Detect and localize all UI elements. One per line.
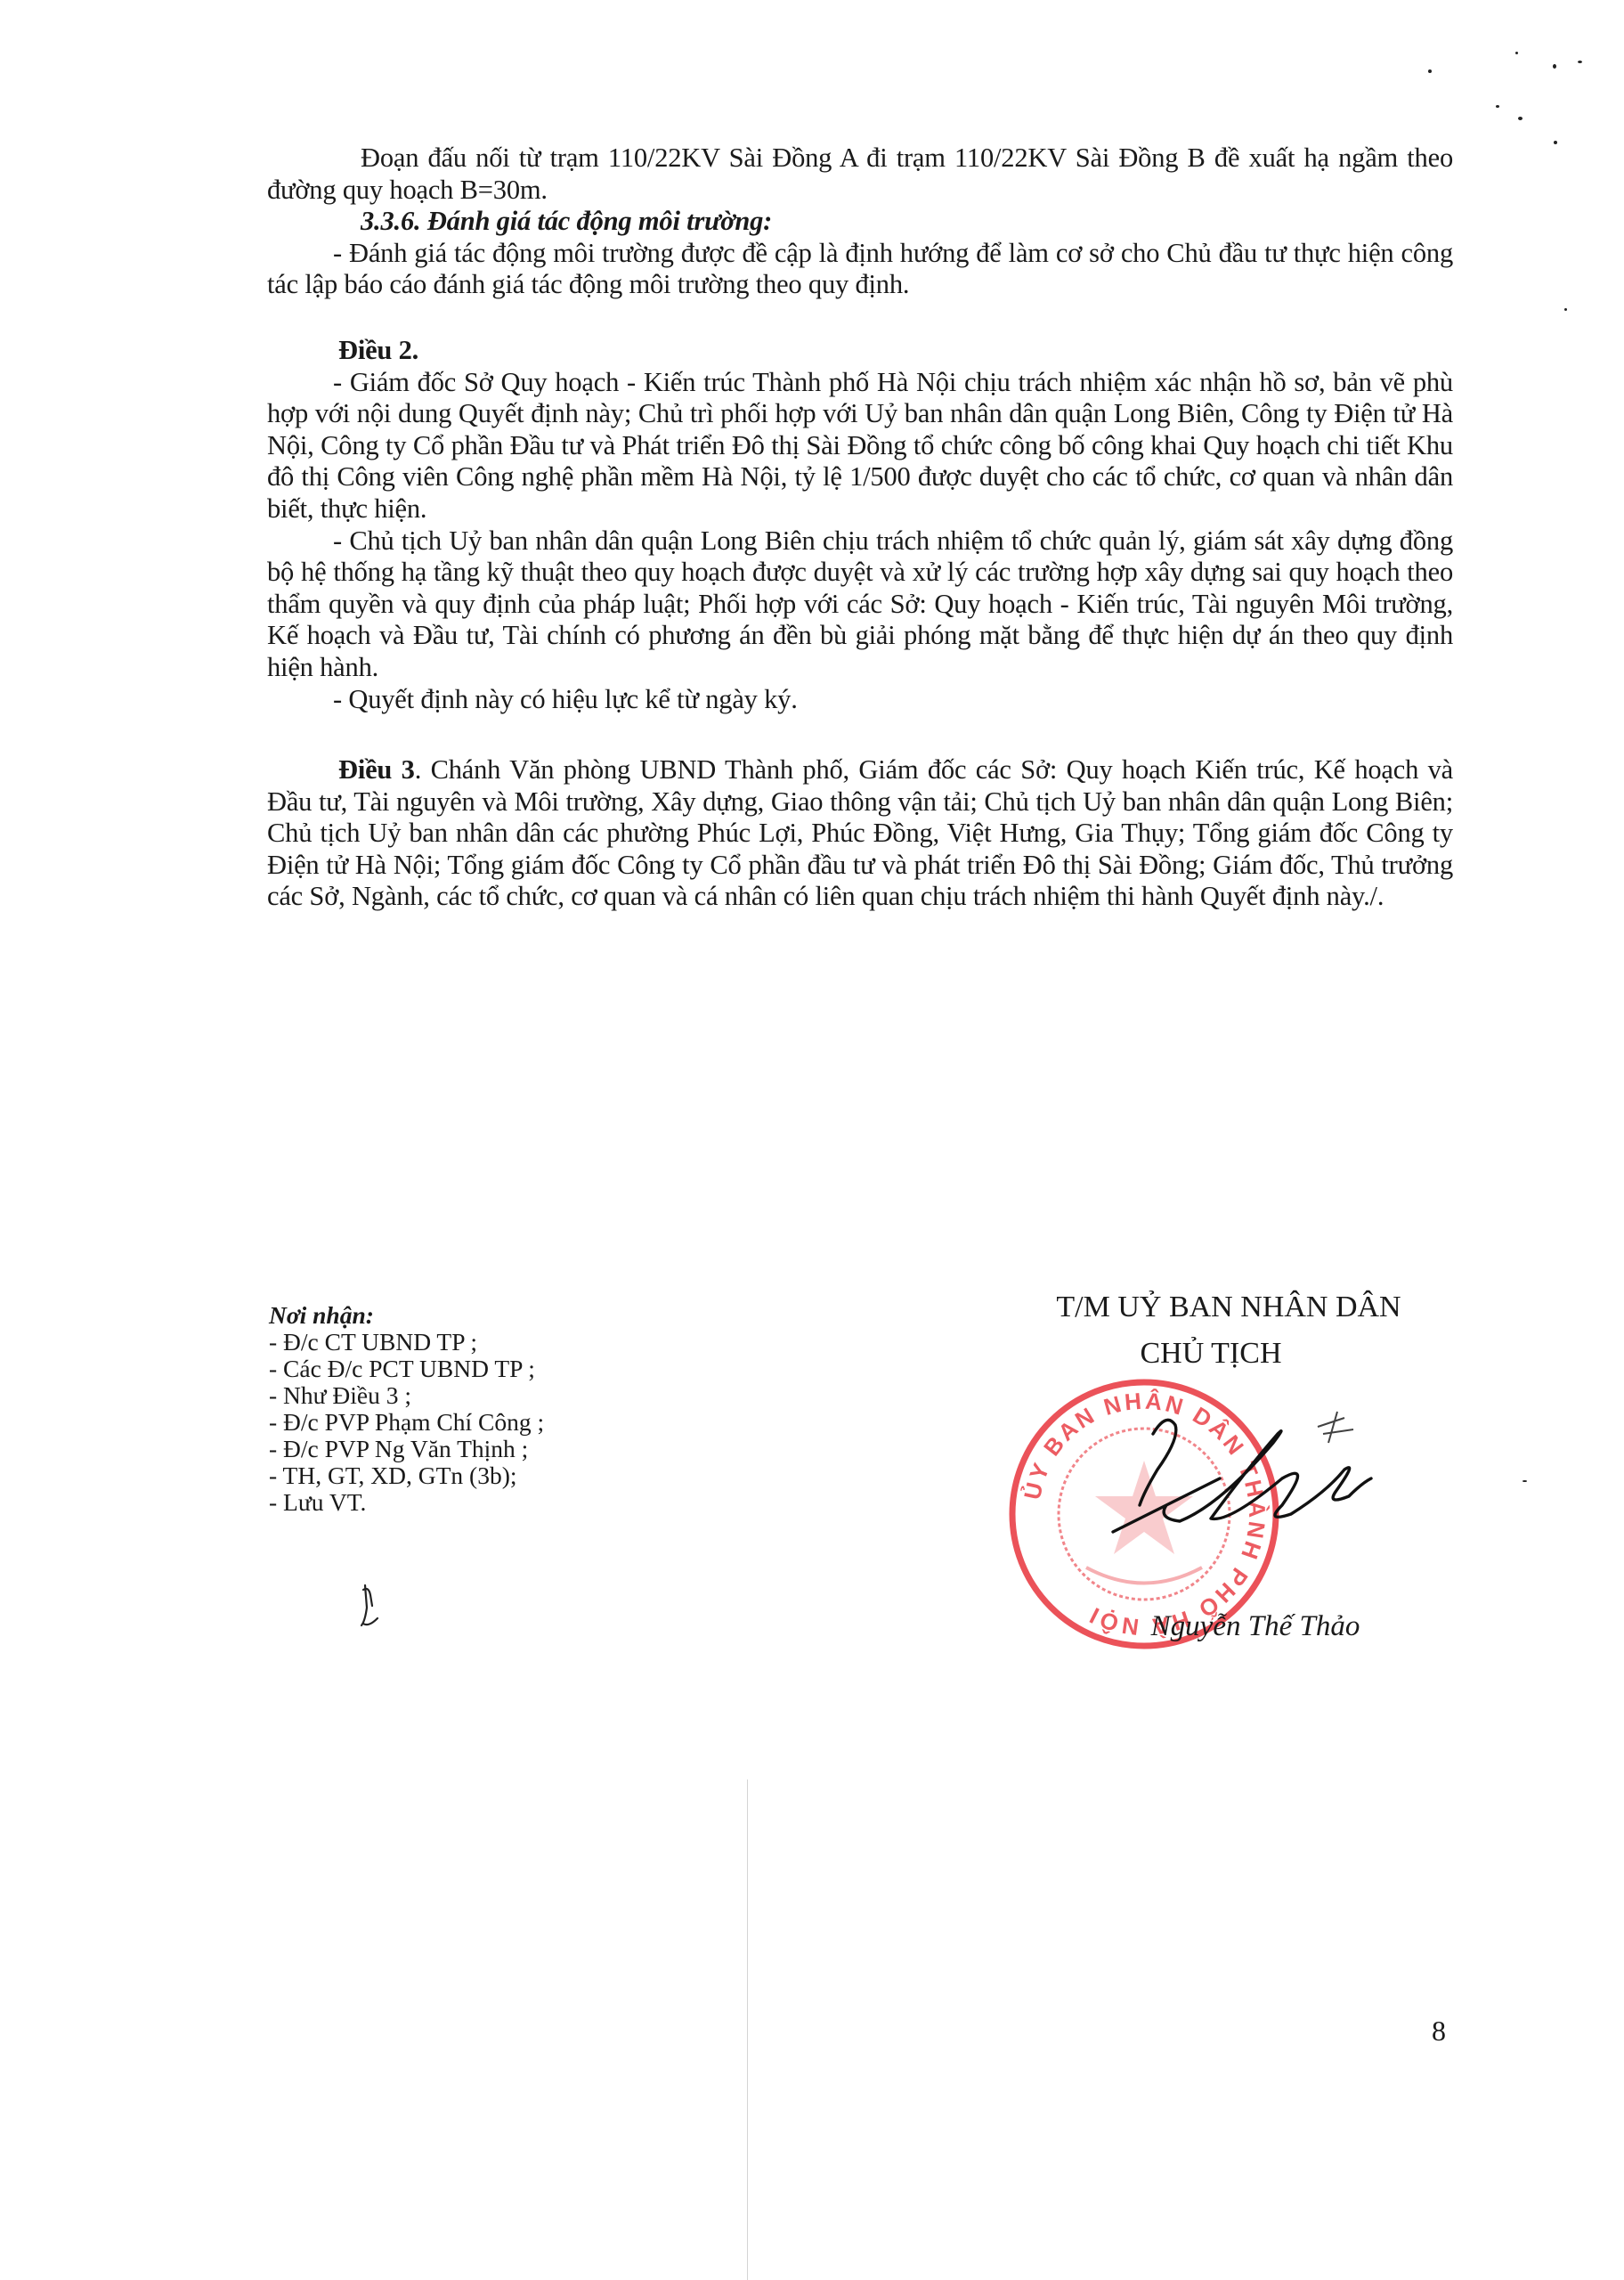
document-page: Đoạn đấu nối từ trạm 110/22KV Sài Đồng A… (0, 0, 1624, 2280)
recipient-item: - Đ/c CT UBND TP ; (269, 1329, 544, 1356)
spacer (267, 715, 1453, 754)
article-2-item: - Giám đốc Sở Quy hoạch - Kiến trúc Thàn… (267, 367, 1453, 525)
scan-speck (1428, 69, 1432, 73)
article-3-paragraph: Điều 3. Chánh Văn phòng UBND Thành phố, … (267, 754, 1453, 913)
article-2-item: - Quyết định này có hiệu lực kể từ ngày … (267, 684, 1453, 716)
paragraph-connection: Đoạn đấu nối từ trạm 110/22KV Sài Đồng A… (267, 142, 1453, 206)
article-3-heading: Điều 3 (338, 754, 415, 785)
handwritten-initial-icon (356, 1581, 383, 1634)
signature-block: T/M UỶ BAN NHÂN DÂN CHỦ TỊCH (988, 1284, 1469, 1377)
section-heading-environment: 3.3.6. Đánh giá tác động môi trường: (267, 206, 1453, 238)
article-2-item: - Chủ tịch Uỷ ban nhân dân quận Long Biê… (267, 525, 1453, 684)
scan-speck (1564, 308, 1567, 311)
handwritten-signature-icon (1104, 1407, 1389, 1541)
scan-speck (1515, 52, 1518, 54)
scan-speck (1578, 61, 1582, 63)
page-number: 8 (1432, 2015, 1446, 2048)
recipient-item: - TH, GT, XD, GTn (3b); (269, 1462, 544, 1489)
signer-name: Nguyễn Thế Thảo (988, 1610, 1469, 1643)
article-2-heading: Điều 2. (267, 335, 1453, 367)
document-body: Đoạn đấu nối từ trạm 110/22KV Sài Đồng A… (267, 142, 1453, 913)
recipient-item: - Như Điều 3 ; (269, 1382, 544, 1409)
recipient-item: - Đ/c PVP Phạm Chí Công ; (269, 1409, 544, 1436)
article-3-text: . Chánh Văn phòng UBND Thành phố, Giám đ… (267, 754, 1453, 911)
paragraph-environment: - Đánh giá tác động môi trường được đề c… (267, 238, 1453, 301)
spacer (267, 301, 1453, 335)
scan-speck (1553, 64, 1556, 69)
recipient-item: - Đ/c PVP Ng Văn Thịnh ; (269, 1436, 544, 1462)
signature-organization: T/M UỶ BAN NHÂN DÂN (988, 1284, 1469, 1331)
signature-role: CHỦ TỊCH (988, 1331, 1469, 1377)
scan-speck (1518, 117, 1522, 120)
scan-speck (1554, 141, 1557, 144)
scan-speck (1522, 1480, 1527, 1482)
recipients-title: Nơi nhận: (269, 1302, 544, 1329)
scan-speck (1496, 105, 1499, 108)
recipients-block: Nơi nhận: - Đ/c CT UBND TP ; - Các Đ/c P… (269, 1302, 544, 1516)
recipient-item: - Lưu VT. (269, 1489, 544, 1516)
scan-fold-line (747, 1779, 748, 2280)
recipient-item: - Các Đ/c PCT UBND TP ; (269, 1356, 544, 1382)
